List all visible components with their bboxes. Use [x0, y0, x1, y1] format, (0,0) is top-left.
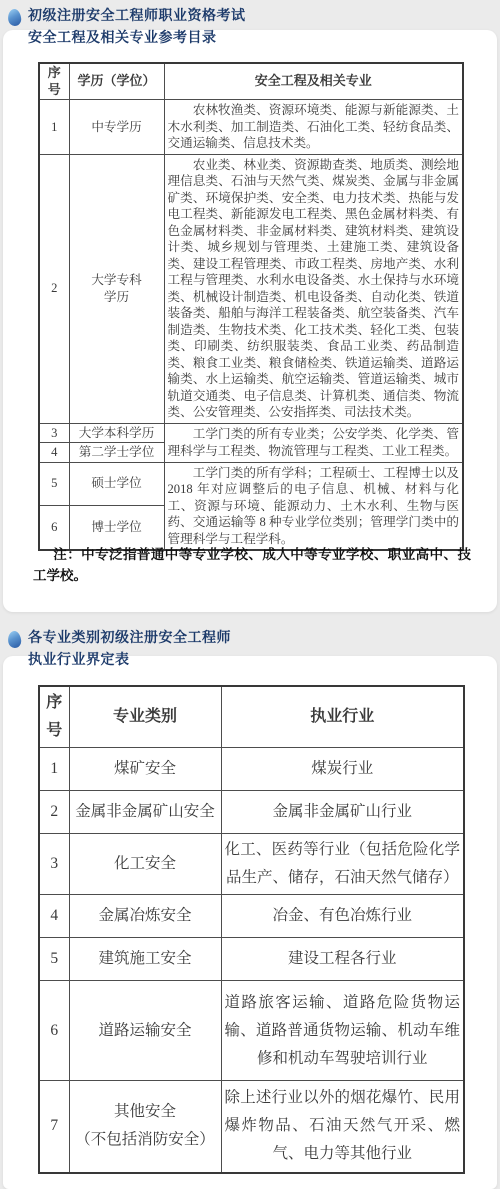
header-no: 序号 — [39, 686, 69, 748]
majors-reference-table: 序号 学历（学位） 安全工程及相关专业 1 中专学历 农林牧渔类、资源环境类、能… — [38, 62, 464, 551]
row-no: 6 — [39, 981, 69, 1081]
industry-cell: 道路旅客运输、道路危险货物运输、道路普通货物运输、机动车维修和机动车驾驶培训行业 — [221, 981, 464, 1081]
table-row: 2 大学专科学历 农业类、林业类、资源勘查类、地质类、测绘地理信息类、石油与天然… — [39, 154, 463, 423]
industry-cell: 金属非金属矿山行业 — [221, 791, 464, 834]
table-row: 7 其他安全 （不包括消防安全） 除上述行业以外的烟花爆竹、民用爆炸物品、石油天… — [39, 1081, 464, 1173]
row-no: 4 — [39, 443, 69, 463]
row-no: 2 — [39, 791, 69, 834]
section2-card: 序号 专业类别 执业行业 1 煤矿安全 煤炭行业 2 金属非金属矿山安全 金属非… — [3, 656, 497, 1189]
row-no: 3 — [39, 423, 69, 443]
degree-cell: 大学专科学历 — [69, 154, 164, 423]
table-row: 5 建筑施工安全 建设工程各行业 — [39, 938, 464, 981]
row-no: 7 — [39, 1081, 69, 1173]
header-degree: 学历（学位） — [69, 63, 164, 100]
degree-text: 大学专科学历 — [91, 272, 141, 305]
industry-cell: 建设工程各行业 — [221, 938, 464, 981]
category-cell: 金属冶炼安全 — [69, 895, 221, 938]
table-row: 1 煤矿安全 煤炭行业 — [39, 748, 464, 791]
header-majors: 安全工程及相关专业 — [164, 63, 463, 100]
category-cell: 煤矿安全 — [69, 748, 221, 791]
table-row: 1 中专学历 农林牧渔类、资源环境类、能源与新能源类、土木水利类、加工制造类、石… — [39, 100, 463, 155]
section2-title-line2: 执业行业界定表 — [28, 648, 468, 670]
majors-cell: 农业类、林业类、资源勘查类、地质类、测绘地理信息类、石油与天然气类、煤炭类、金属… — [164, 154, 463, 423]
industry-cell: 化工、医药等行业（包括危险化学品生产、储存，石油天然气储存） — [221, 834, 464, 895]
header-no: 序号 — [39, 63, 69, 100]
degree-cell: 第二学士学位 — [69, 443, 164, 463]
section2-title: 各专业类别初级注册安全工程师 执业行业界定表 — [28, 626, 468, 670]
table-header-row: 序号 专业类别 执业行业 — [39, 686, 464, 748]
row-no: 3 — [39, 834, 69, 895]
degree-cell: 大学本科学历 — [69, 423, 164, 443]
category-cell: 化工安全 — [69, 834, 221, 895]
section1-title: 初级注册安全工程师职业资格考试 安全工程及相关专业参考目录 — [28, 4, 468, 48]
header-industry: 执业行业 — [221, 686, 464, 748]
table-row: 2 金属非金属矿山安全 金属非金属矿山行业 — [39, 791, 464, 834]
section1-bullet-icon — [7, 8, 22, 27]
row-no: 2 — [39, 154, 69, 423]
industry-cell: 除上述行业以外的烟花爆竹、民用爆炸物品、石油天然气开采、燃气、电力等其他行业 — [221, 1081, 464, 1173]
category-note: （不包括消防安全） — [73, 1126, 218, 1154]
industry-definition-table: 序号 专业类别 执业行业 1 煤矿安全 煤炭行业 2 金属非金属矿山安全 金属非… — [38, 685, 465, 1174]
row-no: 1 — [39, 748, 69, 791]
industry-cell: 煤炭行业 — [221, 748, 464, 791]
header-category: 专业类别 — [69, 686, 221, 748]
table-row: 4 金属冶炼安全 冶金、有色冶炼行业 — [39, 895, 464, 938]
degree-cell: 中专学历 — [69, 100, 164, 155]
table-row: 5 硕士学位 工学门类的所有学科；工程硕士、工程博士以及2018 年对应调整后的… — [39, 462, 463, 505]
majors-cell: 农林牧渔类、资源环境类、能源与新能源类、土木水利类、加工制造类、石油化工类、轻纺… — [164, 100, 463, 155]
category-cell: 金属非金属矿山安全 — [69, 791, 221, 834]
degree-cell: 硕士学位 — [69, 462, 164, 505]
section2-bullet-icon — [7, 630, 22, 649]
row-no: 5 — [39, 462, 69, 505]
section1-title-line2: 安全工程及相关专业参考目录 — [28, 26, 468, 48]
section2-title-line1: 各专业类别初级注册安全工程师 — [28, 626, 468, 648]
section1-card: 序号 学历（学位） 安全工程及相关专业 1 中专学历 农林牧渔类、资源环境类、能… — [3, 30, 497, 612]
table-header-row: 序号 学历（学位） 安全工程及相关专业 — [39, 63, 463, 100]
category-cell: 其他安全 （不包括消防安全） — [69, 1081, 221, 1173]
table-note: 注：中专泛指普通中等专业学校、成人中等专业学校、职业高中、技工学校。 — [33, 544, 471, 586]
table-row: 3 化工安全 化工、医药等行业（包括危险化学品生产、储存，石油天然气储存） — [39, 834, 464, 895]
category-text: 其他安全 — [73, 1098, 218, 1126]
page: 初级注册安全工程师职业资格考试 安全工程及相关专业参考目录 序号 学历（学位） … — [0, 0, 500, 1189]
industry-cell: 冶金、有色冶炼行业 — [221, 895, 464, 938]
row-no: 5 — [39, 938, 69, 981]
majors-cell: 工学门类的所有学科；工程硕士、工程博士以及2018 年对应调整后的电子信息、机械… — [164, 462, 463, 550]
section1-title-line1: 初级注册安全工程师职业资格考试 — [28, 4, 468, 26]
category-cell: 道路运输安全 — [69, 981, 221, 1081]
row-no: 4 — [39, 895, 69, 938]
row-no: 1 — [39, 100, 69, 155]
category-cell: 建筑施工安全 — [69, 938, 221, 981]
majors-cell: 工学门类的所有专业类；公安学类、化学类、管理科学与工程类、物流管理与工程类、工业… — [164, 423, 463, 462]
table-row: 6 道路运输安全 道路旅客运输、道路危险货物运输、道路普通货物运输、机动车维修和… — [39, 981, 464, 1081]
table-row: 3 大学本科学历 工学门类的所有专业类；公安学类、化学类、管理科学与工程类、物流… — [39, 423, 463, 443]
